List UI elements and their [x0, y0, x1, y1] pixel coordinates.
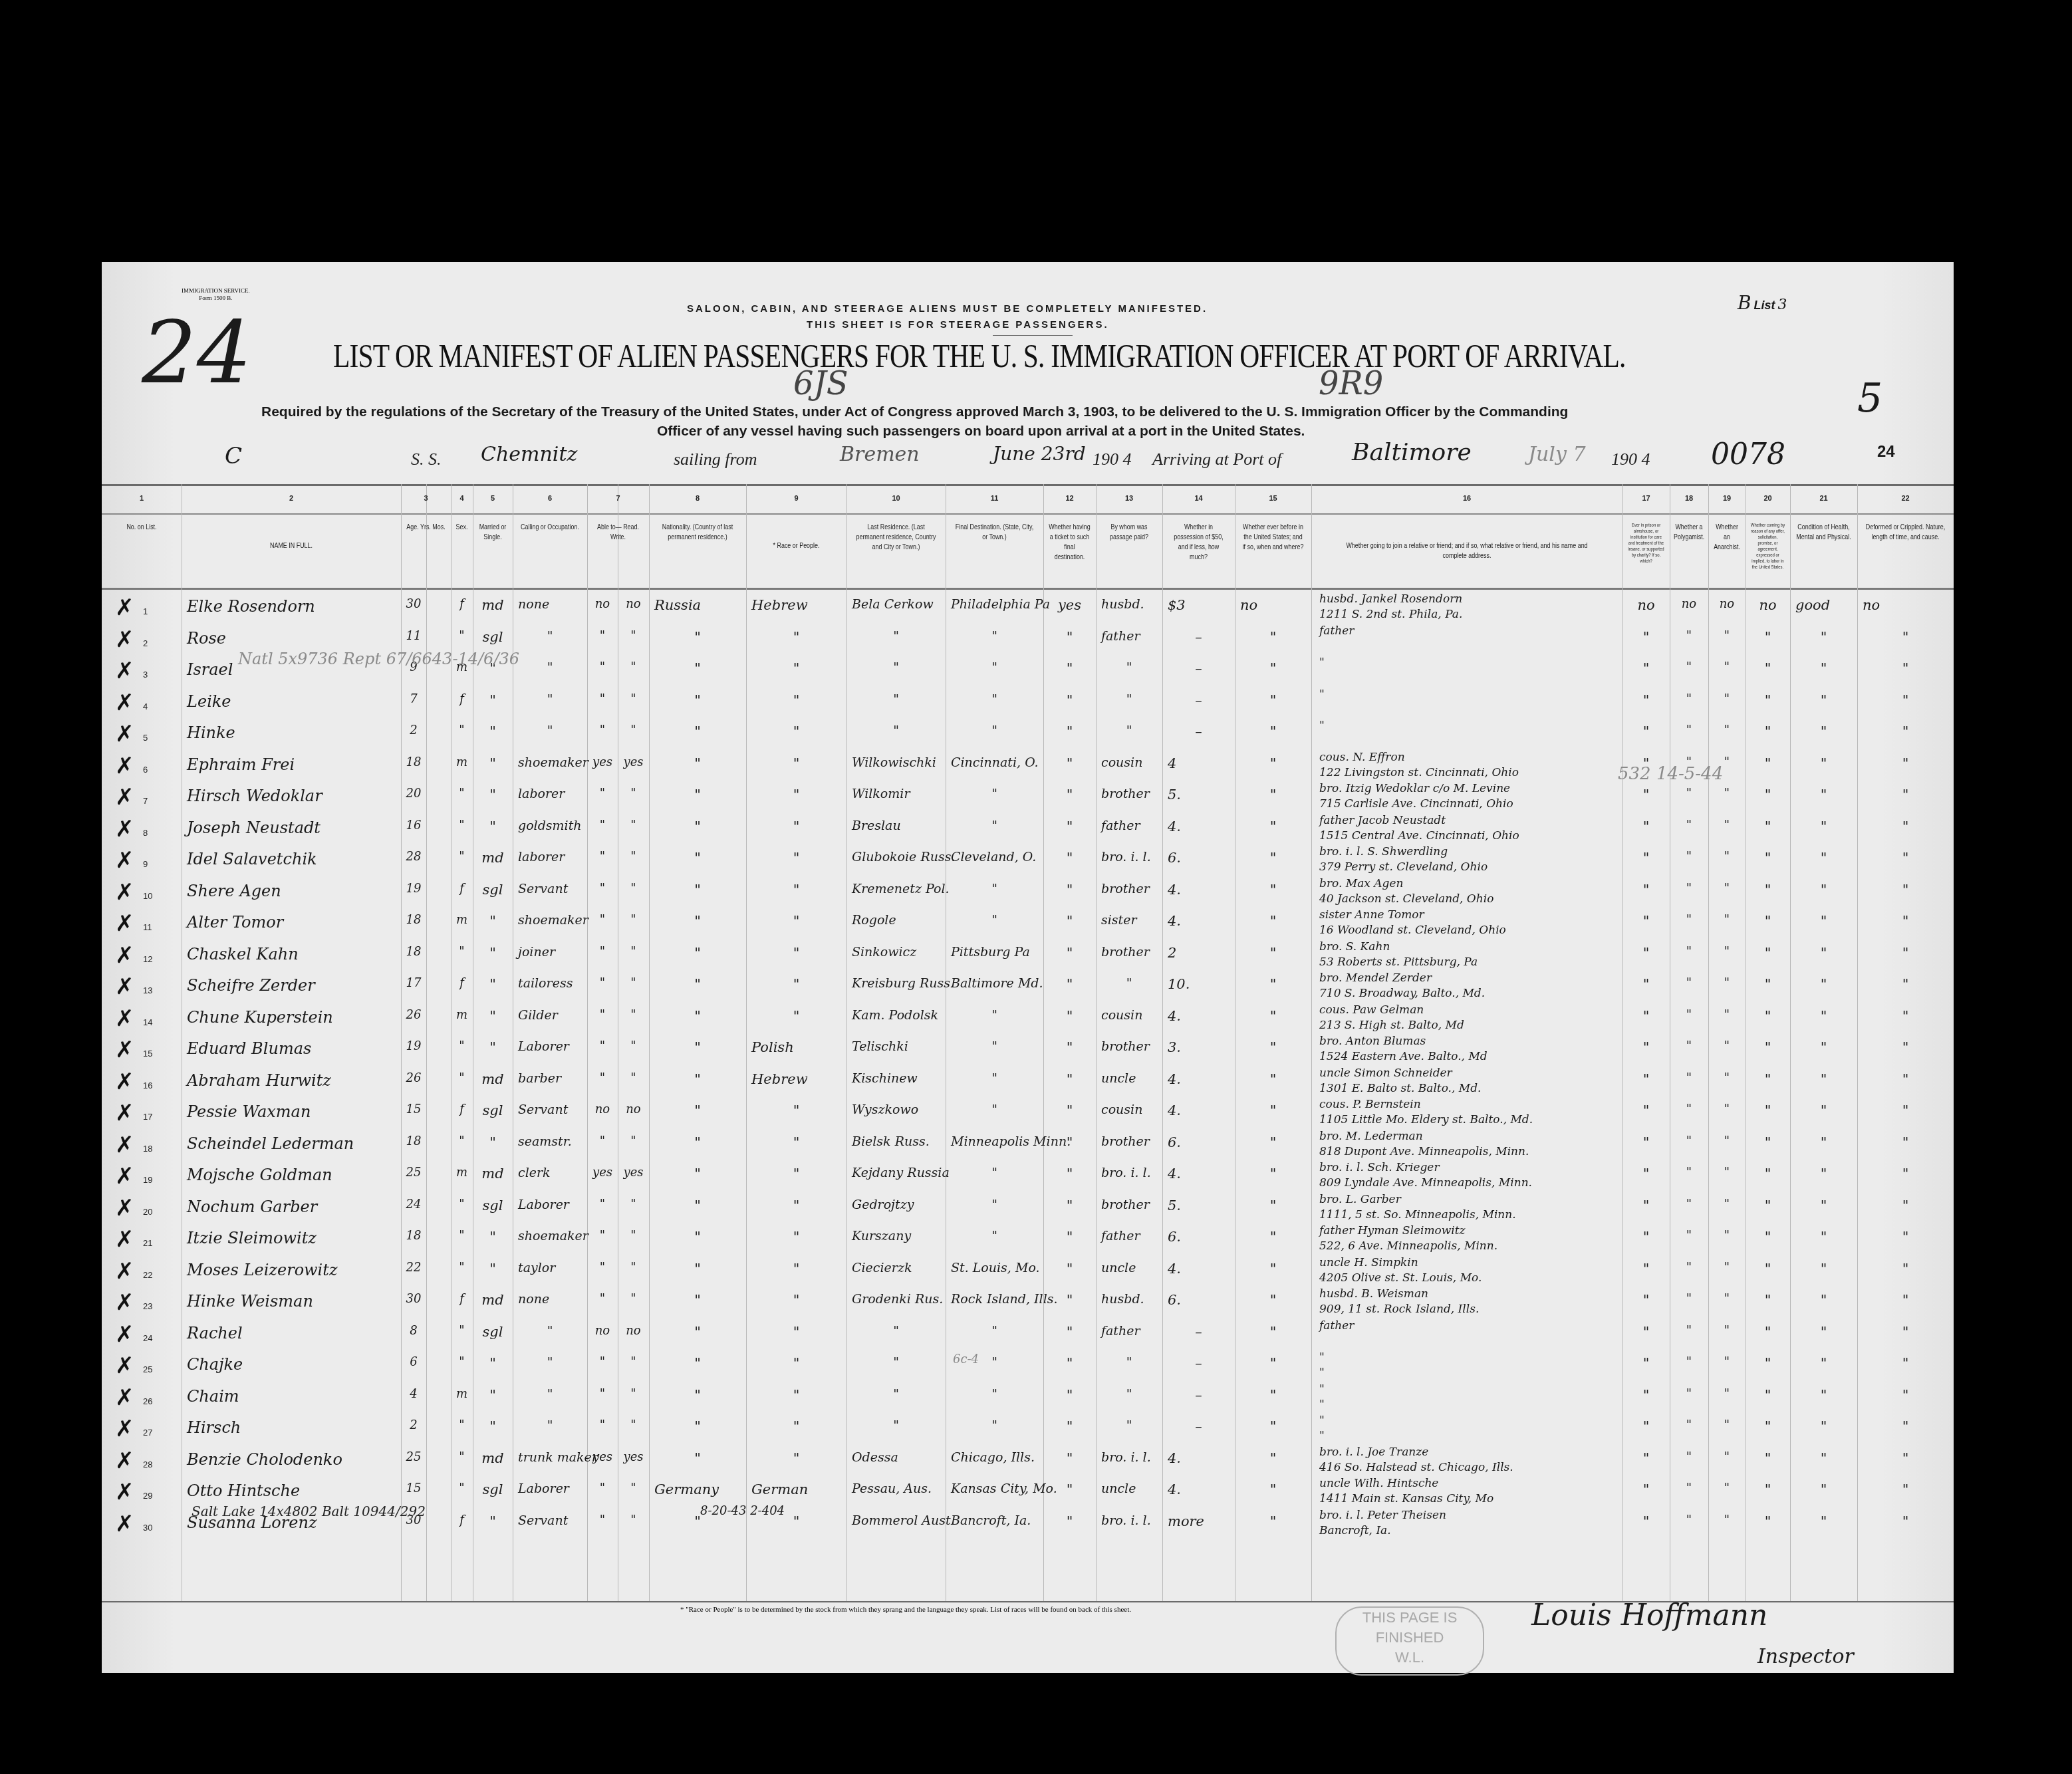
cell-sex: " [451, 819, 473, 832]
inspector-signature: Louis Hoffmann [1531, 1598, 1767, 1632]
column-number: 21 [1790, 495, 1857, 503]
cell-contract: " [1746, 976, 1790, 992]
cell-age: 6 [401, 1355, 426, 1369]
cell-before-us: " [1235, 819, 1311, 834]
table-row: ✗23Hinke Weisman30fmdnone""""Grodenki Ru… [102, 1289, 1954, 1321]
cell-write: " [618, 1387, 649, 1401]
cell-ticket: " [1043, 1198, 1096, 1213]
relative-address: 909, 11 st. Rock Island, Ills. [1319, 1302, 1479, 1317]
cell-race: " [746, 1166, 846, 1182]
row-number: 5 [143, 733, 148, 743]
cell-occupation: " [513, 1387, 587, 1402]
cell-read: " [587, 945, 618, 959]
table-row: ✗25Chajke6"""""""""""–""""""""" [102, 1352, 1954, 1384]
cell-occupation: shoemaker [518, 913, 588, 928]
cell-name: Rachel [187, 1324, 243, 1342]
cell-paid-by: brother [1101, 945, 1150, 959]
cell-race: " [746, 660, 846, 676]
cell-anarchist: " [1708, 1008, 1746, 1022]
cell-sex: " [451, 1198, 473, 1211]
cell-age: 8 [401, 1324, 426, 1338]
cell-destination: " [946, 1229, 1043, 1243]
cell-sex: " [451, 1355, 473, 1369]
column-header: Whether in possession of $50, and if les… [1169, 523, 1228, 563]
cell-contract: " [1746, 755, 1790, 771]
banner-line-2: THIS SHEET IS FOR STEERAGE PASSENGERS. [807, 319, 1109, 330]
regulation-line-2: Officer of any vessel having such passen… [657, 424, 1305, 440]
cell-race: " [746, 913, 846, 929]
cell-contract: " [1746, 1071, 1790, 1087]
relative-address: " [1319, 1365, 1325, 1380]
cell-polygamist: " [1670, 1292, 1708, 1306]
cell-write: " [618, 1229, 649, 1243]
cell-deformed: " [1857, 913, 1954, 929]
cell-write: " [618, 1292, 649, 1306]
cell-contract: " [1746, 1102, 1790, 1118]
sailing-from-label: sailing from [674, 449, 757, 469]
cell-destination: Rock Island, Ills. [951, 1292, 1058, 1307]
cell-polygamist: " [1670, 1324, 1708, 1338]
list-label: List [1754, 299, 1775, 312]
cell-contract: " [1746, 1481, 1790, 1497]
relative-name: father Jacob Neustadt [1319, 813, 1519, 828]
cell-read: " [587, 629, 618, 643]
x-check-icon: ✗ [115, 753, 134, 779]
table-row: ✗28Benzie Cholodenko25"mdtrunk makeryesy… [102, 1448, 1954, 1479]
cell-anarchist: " [1708, 629, 1746, 643]
row-number: 9 [143, 859, 148, 869]
cell-anarchist: " [1708, 1039, 1746, 1053]
relative-name: bro. Mendel Zerder [1319, 971, 1485, 986]
cell-destination: " [946, 1071, 1043, 1086]
column-header: Whether a Polygamist. [1674, 523, 1704, 543]
cell-relative-address: uncle Wilh. Hintsche1411 Main st. Kansas… [1319, 1476, 1493, 1507]
cell-marital: " [473, 1387, 513, 1403]
table-top-rule [102, 484, 1954, 486]
cell-destination: Baltimore Md. [951, 976, 1043, 991]
cell-sex: " [451, 1134, 473, 1148]
cell-ticket: " [1043, 1261, 1096, 1277]
cell-deformed: " [1857, 1450, 1954, 1466]
row-number: 19 [143, 1175, 152, 1185]
cell-anarchist: " [1708, 913, 1746, 927]
cell-age: 22 [401, 1261, 426, 1275]
row-number: 22 [143, 1270, 152, 1280]
cell-polygamist: " [1670, 787, 1708, 801]
table-row: ✗18Scheindel Lederman18""seamstr.""""Bie… [102, 1132, 1954, 1163]
cell-occupation: tailoress [518, 976, 573, 991]
cell-nationality: " [649, 976, 746, 992]
cell-sex: m [451, 1166, 473, 1180]
cell-relative-address: "" [1319, 1382, 1325, 1412]
cell-polygamist: no [1670, 597, 1708, 611]
relative-name: husbd. B. Weisman [1319, 1287, 1479, 1302]
cell-destination: " [946, 787, 1043, 801]
cell-occupation: " [513, 1324, 587, 1338]
port-from: Bremen [840, 443, 920, 466]
cell-destination: Pittsburg Pa [951, 945, 1030, 959]
cell-deformed: " [1857, 723, 1954, 739]
cell-money: – [1162, 1418, 1235, 1434]
cell-sex: f [451, 1102, 473, 1116]
relative-name: bro. Anton Blumas [1319, 1034, 1488, 1049]
cell-paid-by: " [1096, 1355, 1162, 1370]
cell-before-us: " [1235, 976, 1311, 992]
cell-marital: " [473, 945, 513, 961]
cell-last-residence: Kischinew [852, 1071, 918, 1086]
cell-write: " [618, 1198, 649, 1211]
relative-address: 416 So. Halstead st. Chicago, Ills. [1319, 1460, 1513, 1475]
cell-anarchist: " [1708, 723, 1746, 737]
cell-read: " [587, 819, 618, 832]
cell-contract: " [1746, 1324, 1790, 1340]
cell-before-us: " [1235, 1481, 1311, 1497]
cell-money: – [1162, 692, 1235, 708]
cell-last-residence: Breslau [852, 819, 901, 833]
cell-sex: " [451, 1261, 473, 1275]
cell-money: 4. [1168, 1102, 1181, 1118]
cell-polygamist: " [1670, 692, 1708, 706]
relative-address: 522, 6 Ave. Minneapolis, Minn. [1319, 1239, 1497, 1254]
cell-prison: no [1622, 597, 1670, 613]
cell-deformed: " [1857, 1355, 1954, 1371]
x-check-icon: ✗ [115, 1479, 134, 1505]
column-header: Married or Single. [477, 523, 509, 543]
cell-deformed: " [1857, 1387, 1954, 1403]
cell-sex: " [451, 945, 473, 959]
column-number: 18 [1670, 495, 1708, 503]
cell-sex: m [451, 755, 473, 769]
cell-deformed: " [1857, 976, 1954, 992]
cell-occupation: Gilder [518, 1008, 558, 1023]
cell-race: " [746, 1418, 846, 1434]
table-row: ✗10Shere Agen19fsglServant""""Kremenetz … [102, 879, 1954, 910]
cell-name: Itzie Sleimowitz [187, 1229, 317, 1247]
cell-marital: " [473, 1008, 513, 1024]
table-row: ✗21Itzie Sleimowitz18""shoemaker""""Kurs… [102, 1226, 1954, 1257]
cell-before-us: " [1235, 1166, 1311, 1182]
cell-name: Idel Salavetchik [187, 850, 317, 868]
relative-name: uncle Wilh. Hintsche [1319, 1476, 1493, 1491]
x-check-icon: ✗ [115, 973, 134, 1000]
cell-before-us: " [1235, 1008, 1311, 1024]
cell-read: " [587, 660, 618, 674]
cell-name: Chaim [187, 1387, 239, 1406]
cell-paid-by: cousin [1101, 755, 1142, 770]
cell-before-us: " [1235, 1229, 1311, 1245]
pencil-note-row28-dates: 8-20-43 2-404 [700, 1504, 785, 1518]
table-row: ✗4Leike7f""""""""""–"""""""" [102, 690, 1954, 721]
cell-marital: sgl [473, 1481, 513, 1497]
cell-polygamist: " [1670, 1039, 1708, 1053]
cell-occupation: " [513, 692, 587, 707]
cell-last-residence: " [846, 660, 946, 675]
cell-paid-by: father [1101, 629, 1140, 644]
column-number: 19 [1708, 495, 1746, 503]
row-number: 8 [143, 828, 148, 838]
form-number: Form 1500 B. [182, 295, 250, 302]
relative-address: 1111, 5 st. So. Minneapolis, Minn. [1319, 1207, 1516, 1223]
cell-deformed: " [1857, 1261, 1954, 1277]
table-row: ✗20Nochum Garber24"sglLaborer""""Gedrojt… [102, 1195, 1954, 1226]
cell-sex: " [451, 787, 473, 801]
cell-destination: " [946, 1166, 1043, 1180]
relative-name: " [1319, 1382, 1325, 1397]
cell-prison: " [1622, 692, 1670, 708]
cell-sex: " [451, 1481, 473, 1495]
cell-race: " [746, 1292, 846, 1308]
cell-polygamist: " [1670, 850, 1708, 864]
cell-polygamist: " [1670, 819, 1708, 832]
cell-occupation: none [518, 597, 549, 612]
column-number: 11 [946, 495, 1043, 503]
cell-age: 20 [401, 787, 426, 801]
port-arrival: Baltimore [1352, 439, 1472, 466]
cell-money: more [1168, 1513, 1204, 1529]
cell-destination: " [946, 882, 1043, 896]
colnum-rule [102, 513, 1954, 515]
cell-destination: " [946, 1198, 1043, 1212]
row-number: 3 [143, 670, 148, 680]
cell-ticket: " [1043, 692, 1096, 708]
cell-age: 18 [401, 1229, 426, 1243]
cell-last-residence: Wilkowischki [852, 755, 936, 770]
cell-sex: " [451, 1418, 473, 1432]
cell-last-residence: Kurszany [852, 1229, 911, 1243]
cell-write: " [618, 882, 649, 896]
x-check-icon: ✗ [115, 1352, 134, 1379]
cell-race: " [746, 755, 846, 771]
row-number: 2 [143, 638, 148, 648]
cell-paid-by: brother [1101, 1039, 1150, 1054]
cell-write: " [618, 629, 649, 643]
row-number: 13 [143, 985, 152, 995]
cell-relative-address: bro. Max Agen40 Jackson st. Cleveland, O… [1319, 876, 1493, 907]
cell-money: $3 [1168, 597, 1186, 613]
cell-name: Nochum Garber [187, 1198, 317, 1216]
cell-destination: " [946, 819, 1043, 833]
relative-name: bro. Itzig Wedoklar c/o M. Levine [1319, 781, 1513, 797]
cell-name: Chajke [187, 1355, 243, 1374]
cell-race: " [746, 1450, 846, 1466]
cell-contract: " [1746, 1039, 1790, 1055]
cell-read: " [587, 723, 618, 737]
cell-paid-by: brother [1101, 1198, 1150, 1212]
cell-nationality: " [649, 1039, 746, 1055]
cell-health: " [1790, 1166, 1857, 1182]
cell-money: 4. [1168, 1008, 1181, 1024]
cell-deformed: " [1857, 1102, 1954, 1118]
x-check-icon: ✗ [115, 1005, 134, 1032]
cell-age: 2 [401, 723, 426, 737]
cell-prison: " [1622, 660, 1670, 676]
table-row: ✗9Idel Salavetchik28"mdlaborer""""Glubok… [102, 847, 1954, 878]
relative-name: cous. Paw Gelman [1319, 1003, 1464, 1018]
relative-address: 1524 Eastern Ave. Balto., Md [1319, 1049, 1488, 1065]
row-number: 24 [143, 1333, 152, 1343]
cell-marital: md [473, 1071, 513, 1087]
cell-read: " [587, 1261, 618, 1275]
x-check-icon: ✗ [115, 721, 134, 747]
cell-health: " [1790, 1229, 1857, 1245]
cell-nationality: Germany [654, 1481, 719, 1497]
table-row: ✗5Hinke2"""""""""""–"""""""" [102, 721, 1954, 752]
cell-read: " [587, 692, 618, 706]
cell-nationality: " [649, 945, 746, 961]
cell-read: " [587, 1387, 618, 1401]
cell-last-residence: Bela Cerkow [852, 597, 934, 612]
column-number: 1 [102, 495, 182, 503]
cell-money: 4. [1168, 1261, 1181, 1277]
cell-ticket: " [1043, 1355, 1096, 1371]
row-number: 10 [143, 891, 152, 901]
column-number: 17 [1622, 495, 1670, 503]
column-number: 15 [1235, 495, 1311, 503]
column-header: Whether ever before in the United States… [1241, 523, 1304, 553]
cell-relative-address: bro. M. Lederman818 Dupont Ave. Minneapo… [1319, 1129, 1529, 1160]
stamp-line-2: FINISHED [1337, 1628, 1483, 1648]
cell-contract: " [1746, 819, 1790, 834]
sail-date: June 23rd [993, 443, 1086, 465]
row-number: 11 [143, 922, 152, 932]
column-number: 4 [451, 495, 473, 503]
cell-anarchist: " [1708, 787, 1746, 801]
cell-health: " [1790, 819, 1857, 834]
cell-deformed: " [1857, 692, 1954, 708]
pencil-note-row3: Natl 5x9736 Rept 67/6643-14/6/36 [238, 650, 519, 668]
cell-last-residence: Wyszkowo [852, 1102, 918, 1117]
cell-last-residence: Wilkomir [852, 787, 910, 801]
column-number: 10 [846, 495, 946, 503]
cell-deformed: " [1857, 819, 1954, 834]
cell-paid-by: " [1096, 660, 1162, 675]
cell-sex: " [451, 1324, 473, 1338]
cell-health: " [1790, 1008, 1857, 1024]
cell-prison: " [1622, 1102, 1670, 1118]
cell-contract: " [1746, 1355, 1790, 1371]
cell-race: Hebrew [751, 597, 808, 613]
pencil-note-row28: Salt Lake 14x4802 Balt 10944/292 [192, 1503, 426, 1519]
cell-last-residence: Telischki [852, 1039, 908, 1054]
cell-prison: " [1622, 882, 1670, 898]
cell-relative-address: bro. i. l. Joe Tranze416 So. Halstead st… [1319, 1445, 1513, 1475]
cell-relative-address: father [1319, 1319, 1354, 1334]
cell-nationality: " [649, 1355, 746, 1371]
cell-polygamist: " [1670, 629, 1708, 643]
cell-read: " [587, 1198, 618, 1211]
cell-contract: " [1746, 1134, 1790, 1150]
cell-deformed: " [1857, 787, 1954, 803]
cell-health: " [1790, 1450, 1857, 1466]
cell-last-residence: Grodenki Rus. [852, 1292, 943, 1307]
cell-ticket: " [1043, 819, 1096, 834]
cell-deformed: " [1857, 1229, 1954, 1245]
cell-prison: " [1622, 945, 1670, 961]
cell-money: 4. [1168, 819, 1181, 834]
cell-occupation: seamstr. [518, 1134, 572, 1149]
column-number: 6 [513, 495, 587, 503]
cell-before-us: " [1235, 913, 1311, 929]
cell-health: " [1790, 660, 1857, 676]
cell-race: " [746, 1387, 846, 1403]
cell-paid-by: bro. i. l. [1101, 1450, 1151, 1465]
cell-money: 3. [1168, 1039, 1181, 1055]
page-code: 0078 [1711, 438, 1785, 471]
relative-address: 710 S. Broadway, Balto., Md. [1319, 986, 1485, 1001]
cell-polygamist: " [1670, 945, 1708, 959]
cell-paid-by: " [1096, 1418, 1162, 1433]
cell-write: " [618, 945, 649, 959]
relative-name: bro. L. Garber [1319, 1192, 1516, 1207]
cell-health: " [1790, 1071, 1857, 1087]
cell-race: " [746, 1229, 846, 1245]
relative-name: sister Anne Tomor [1319, 908, 1506, 923]
cell-name: Rose [187, 629, 226, 648]
cell-deformed: " [1857, 1324, 1954, 1340]
cell-relative-address: "" [1319, 1413, 1325, 1444]
x-check-icon: ✗ [115, 1384, 134, 1411]
table-row: ✗15Eduard Blumas19""Laborer"""PolishTeli… [102, 1037, 1954, 1068]
row-number: 18 [143, 1144, 152, 1154]
cell-read: " [587, 1418, 618, 1432]
column-header: Whether an Anarchist. [1712, 523, 1742, 553]
cell-last-residence: " [846, 1324, 946, 1338]
cell-occupation: Servant [518, 1513, 568, 1528]
cell-race: Hebrew [751, 1071, 808, 1087]
cell-nationality: " [649, 1134, 746, 1150]
cell-anarchist: " [1708, 1355, 1746, 1369]
cell-occupation: Laborer [518, 1039, 569, 1054]
column-number: 22 [1857, 495, 1954, 503]
cell-before-us: " [1235, 1292, 1311, 1308]
x-check-icon: ✗ [115, 1132, 134, 1158]
cell-relative-address: bro. i. l. Peter TheisenBancroft, Ia. [1319, 1508, 1446, 1539]
column-header: Final Destination. (State, City, or Town… [954, 523, 1035, 543]
cell-last-residence: Bommerol Aust. [852, 1513, 955, 1528]
cell-paid-by: husbd. [1101, 597, 1144, 612]
cell-ticket: " [1043, 1450, 1096, 1466]
cell-last-residence: " [846, 629, 946, 644]
cell-name: Moses Leizerowitz [187, 1261, 338, 1279]
cell-race: " [746, 629, 846, 645]
cell-race: " [746, 882, 846, 898]
service-label: IMMIGRATION SERVICE. [182, 287, 250, 295]
x-check-icon: ✗ [115, 1195, 134, 1221]
cell-marital: sgl [473, 1198, 513, 1213]
cell-anarchist: " [1708, 1418, 1746, 1432]
cell-age: 2 [401, 1418, 426, 1432]
cell-anarchist: " [1708, 819, 1746, 832]
cell-race: " [746, 819, 846, 834]
cell-contract: " [1746, 1513, 1790, 1529]
cell-contract: " [1746, 1229, 1790, 1245]
cell-health: " [1790, 692, 1857, 708]
cell-before-us: " [1235, 629, 1311, 645]
cell-name: Joseph Neustadt [187, 819, 321, 837]
cell-deformed: " [1857, 850, 1954, 866]
cell-polygamist: " [1670, 1450, 1708, 1464]
cell-anarchist: " [1708, 1134, 1746, 1148]
x-check-icon: ✗ [115, 1321, 134, 1348]
cell-destination: Chicago, Ills. [951, 1450, 1035, 1465]
cell-deformed: " [1857, 1418, 1954, 1434]
cell-name: Scheindel Lederman [187, 1134, 354, 1153]
cell-anarchist: " [1708, 1513, 1746, 1527]
cell-write: no [618, 597, 649, 611]
cell-destination: " [946, 1387, 1043, 1402]
cell-contract: " [1746, 1450, 1790, 1466]
cell-read: no [587, 597, 618, 611]
